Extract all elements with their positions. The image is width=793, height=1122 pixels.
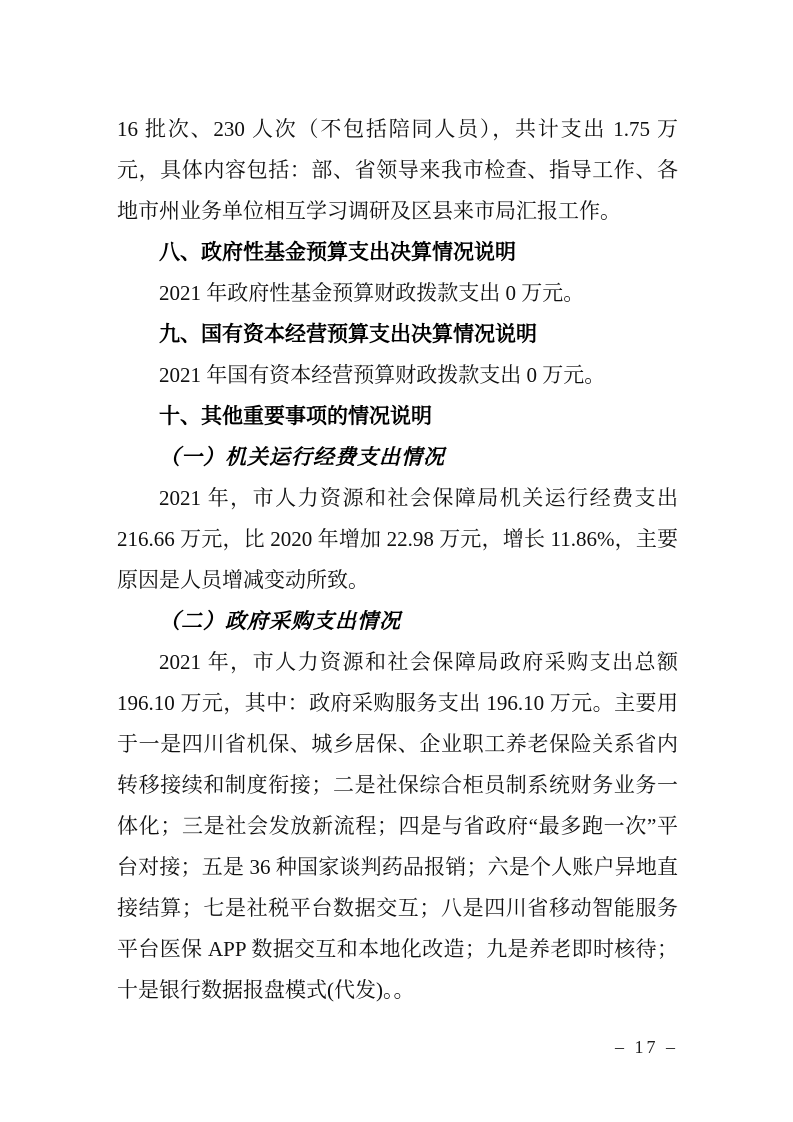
section-viii-body: 2021 年政府性基金预算财政拨款支出 0 万元。 [117, 273, 678, 314]
document-page: 16 批次、230 人次（不包括陪同人员），共计支出 1.75 万元，具体内容包… [0, 0, 793, 1122]
section-ix-body: 2021 年国有资本经营预算财政拨款支出 0 万元。 [117, 355, 678, 396]
page-number: – 17 – [615, 1036, 678, 1058]
subsection-i-body: 2021 年，市人力资源和社会保障局机关运行经费支出 216.66 万元，比 2… [117, 478, 678, 601]
subsection-ii-body: 2021 年，市人力资源和社会保障局政府采购支出总额 196.10 万元，其中：… [117, 642, 678, 1011]
section-ix-heading: 九、国有资本经营预算支出决算情况说明 [117, 314, 678, 355]
paragraph-continuation: 16 批次、230 人次（不包括陪同人员），共计支出 1.75 万元，具体内容包… [117, 109, 678, 232]
page-body-text: 16 批次、230 人次（不包括陪同人员），共计支出 1.75 万元，具体内容包… [117, 109, 678, 1011]
section-viii-heading: 八、政府性基金预算支出决算情况说明 [117, 232, 678, 273]
section-x-heading: 十、其他重要事项的情况说明 [117, 396, 678, 437]
subsection-i-heading: （一）机关运行经费支出情况 [117, 437, 678, 478]
subsection-ii-heading: （二）政府采购支出情况 [117, 601, 678, 642]
